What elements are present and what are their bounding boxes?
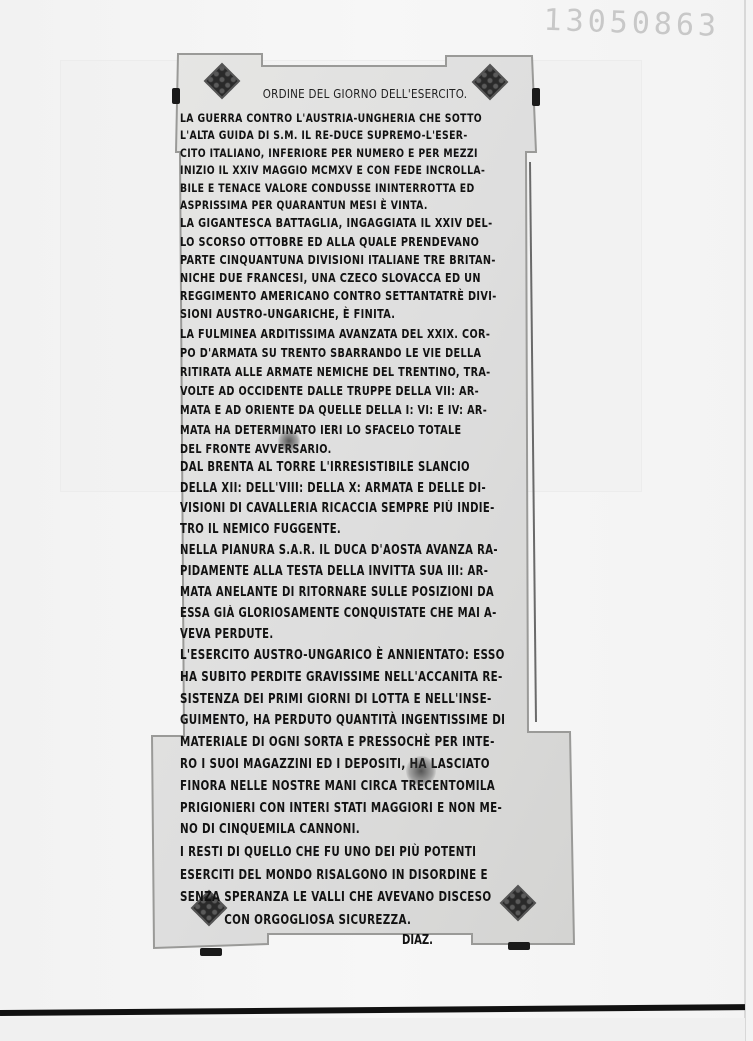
inscription-line: DEL FRONTE AVVERSARIO. — [180, 439, 498, 458]
paragraph-6: L'ESERCITO AUSTRO-UNGARICO È ANNIENTATO:… — [180, 645, 550, 841]
inscription-line: NO DI CINQUEMILA CANNONI. — [180, 819, 495, 841]
inscription-line: HA SUBITO PERDITE GRAVISSIME NELL'ACCANI… — [180, 667, 495, 689]
inscription-line: FINORA NELLE NOSTRE MANI CIRCA TRECENTOM… — [180, 776, 495, 798]
inscription-line: CITO ITALIANO, INFERIORE PER NUMERO E PE… — [180, 145, 513, 162]
inscription-line: SENZA SPERANZA LE VALLI CHE AVEVANO DISC… — [180, 886, 495, 909]
paragraph-2: LA GIGANTESCA BATTAGLIA, INGAGGIATA IL X… — [180, 214, 550, 323]
inscription-closing-line: CON ORGOGLIOSA SICUREZZA. — [180, 909, 495, 932]
plaque-inscription: ORDINE DEL GIORNO DELL'ESERCITO. LA GUER… — [180, 86, 550, 948]
inscription-line: VEVA PERDUTE. — [180, 624, 498, 645]
photo-bottom-margin — [0, 1018, 745, 1041]
inscription-line: LA FULMINEA ARDITISSIMA AVANZATA DEL XXI… — [180, 324, 498, 343]
inscription-line: DAL BRENTA AL TORRE L'IRRESISTIBILE SLAN… — [180, 458, 498, 479]
inscription-line: ESERCITI DEL MONDO RISALGONO IN DISORDIN… — [180, 864, 495, 887]
inscription-line: SISTENZA DEI PRIMI GIORNI DI LOTTA E NEL… — [180, 689, 495, 711]
inscription-title: ORDINE DEL GIORNO DELL'ESERCITO. — [195, 86, 535, 101]
inscription-line: BILE E TENACE VALORE CONDUSSE ININTERROT… — [180, 180, 513, 197]
inscription-line: MATERIALE DI OGNI SORTA E PRESSOCHÈ PER … — [180, 732, 495, 754]
inscription-line: PRIGIONIERI CON INTERI STATI MAGGIORI E … — [180, 798, 495, 820]
inscription-line: MATA E AD ORIENTE DA QUELLE DELLA I: VI:… — [180, 400, 498, 419]
inscription-line: SIONI AUSTRO-UNGARICHE, È FINITA. — [180, 305, 513, 323]
inscription-line: MATA ANELANTE DI RITORNARE SULLE POSIZIO… — [180, 582, 498, 603]
inscription-line: INIZIO IL XXIV MAGGIO MCMXV E CON FEDE I… — [180, 162, 513, 179]
inscription-line: DELLA XII: DELL'VIII: DELLA X: ARMATA E … — [180, 479, 498, 500]
inscription-line: REGGIMENTO AMERICANO CONTRO SETTANTATRÈ … — [180, 287, 513, 305]
inscription-line: LA GUERRA CONTRO L'AUSTRIA-UNGHERIA CHE … — [180, 110, 513, 127]
paragraph-3: LA FULMINEA ARDITISSIMA AVANZATA DEL XXI… — [180, 324, 550, 458]
inscription-line: PARTE CINQUANTUNA DIVISIONI ITALIANE TRE… — [180, 251, 513, 269]
paragraph-7: I RESTI DI QUELLO CHE FU UNO DEI PIÙ POT… — [180, 841, 550, 931]
inscription-line: NICHE DUE FRANCESI, UNA CZECO SLOVACCA E… — [180, 269, 513, 287]
inscription-line: PIDAMENTE ALLA TESTA DELLA INVITTA SUA I… — [180, 561, 498, 582]
inscription-line: ASPRISSIMA PER QUARANTUN MESI È VINTA. — [180, 197, 513, 214]
print-edge — [744, 0, 746, 1041]
inscription-line: RO I SUOI MAGAZZINI ED I DEPOSITI, HA LA… — [180, 754, 495, 776]
inscription-line: GUIMENTO, HA PERDUTO QUANTITÀ INGENTISSI… — [180, 710, 495, 732]
inscription-line: VISIONI DI CAVALLERIA RICACCIA SEMPRE PI… — [180, 499, 498, 520]
signature: DIAZ. — [402, 933, 529, 948]
inscription-line: RITIRATA ALLE ARMATE NEMICHE DEL TRENTIN… — [180, 362, 498, 381]
bullet-mark-stain — [278, 430, 300, 452]
inscription-line: LA GIGANTESCA BATTAGLIA, INGAGGIATA IL X… — [180, 214, 513, 232]
inscription-line: ESSA GIÀ GLORIOSAMENTE CONQUISTATE CHE M… — [180, 603, 498, 624]
paragraph-4: DAL BRENTA AL TORRE L'IRRESISTIBILE SLAN… — [180, 458, 550, 540]
paragraph-1: LA GUERRA CONTRO L'AUSTRIA-UNGHERIA CHE … — [180, 110, 550, 214]
inscription-line: MATA HA DETERMINATO IERI LO SFACELO TOTA… — [180, 420, 498, 439]
inscription-line: LO SCORSO OTTOBRE ED ALLA QUALE PRENDEVA… — [180, 233, 513, 251]
paragraph-5: NELLA PIANURA S.A.R. IL DUCA D'AOSTA AVA… — [180, 540, 550, 645]
inscription-line: L'ALTA GUIDA DI S.M. IL RE-DUCE SUPREMO-… — [180, 127, 513, 144]
marble-plaque: ORDINE DEL GIORNO DELL'ESERCITO. LA GUER… — [150, 52, 578, 957]
inscription-line: PO D'ARMATA SU TRENTO SBARRANDO LE VIE D… — [180, 343, 498, 362]
inscription-line: NELLA PIANURA S.A.R. IL DUCA D'AOSTA AVA… — [180, 540, 498, 561]
inscription-line: I RESTI DI QUELLO CHE FU UNO DEI PIÙ POT… — [180, 841, 495, 864]
inscription-line: TRO IL NEMICO FUGGENTE. — [180, 520, 498, 541]
mounting-clip-bottom-left — [200, 948, 222, 956]
bullet-mark-stain — [406, 756, 436, 786]
inscription-line: VOLTE AD OCCIDENTE DALLE TRUPPE DELLA VI… — [180, 381, 498, 400]
inscription-line: L'ESERCITO AUSTRO-UNGARICO È ANNIENTATO:… — [180, 645, 495, 667]
mounting-clip-top-left — [172, 88, 180, 104]
